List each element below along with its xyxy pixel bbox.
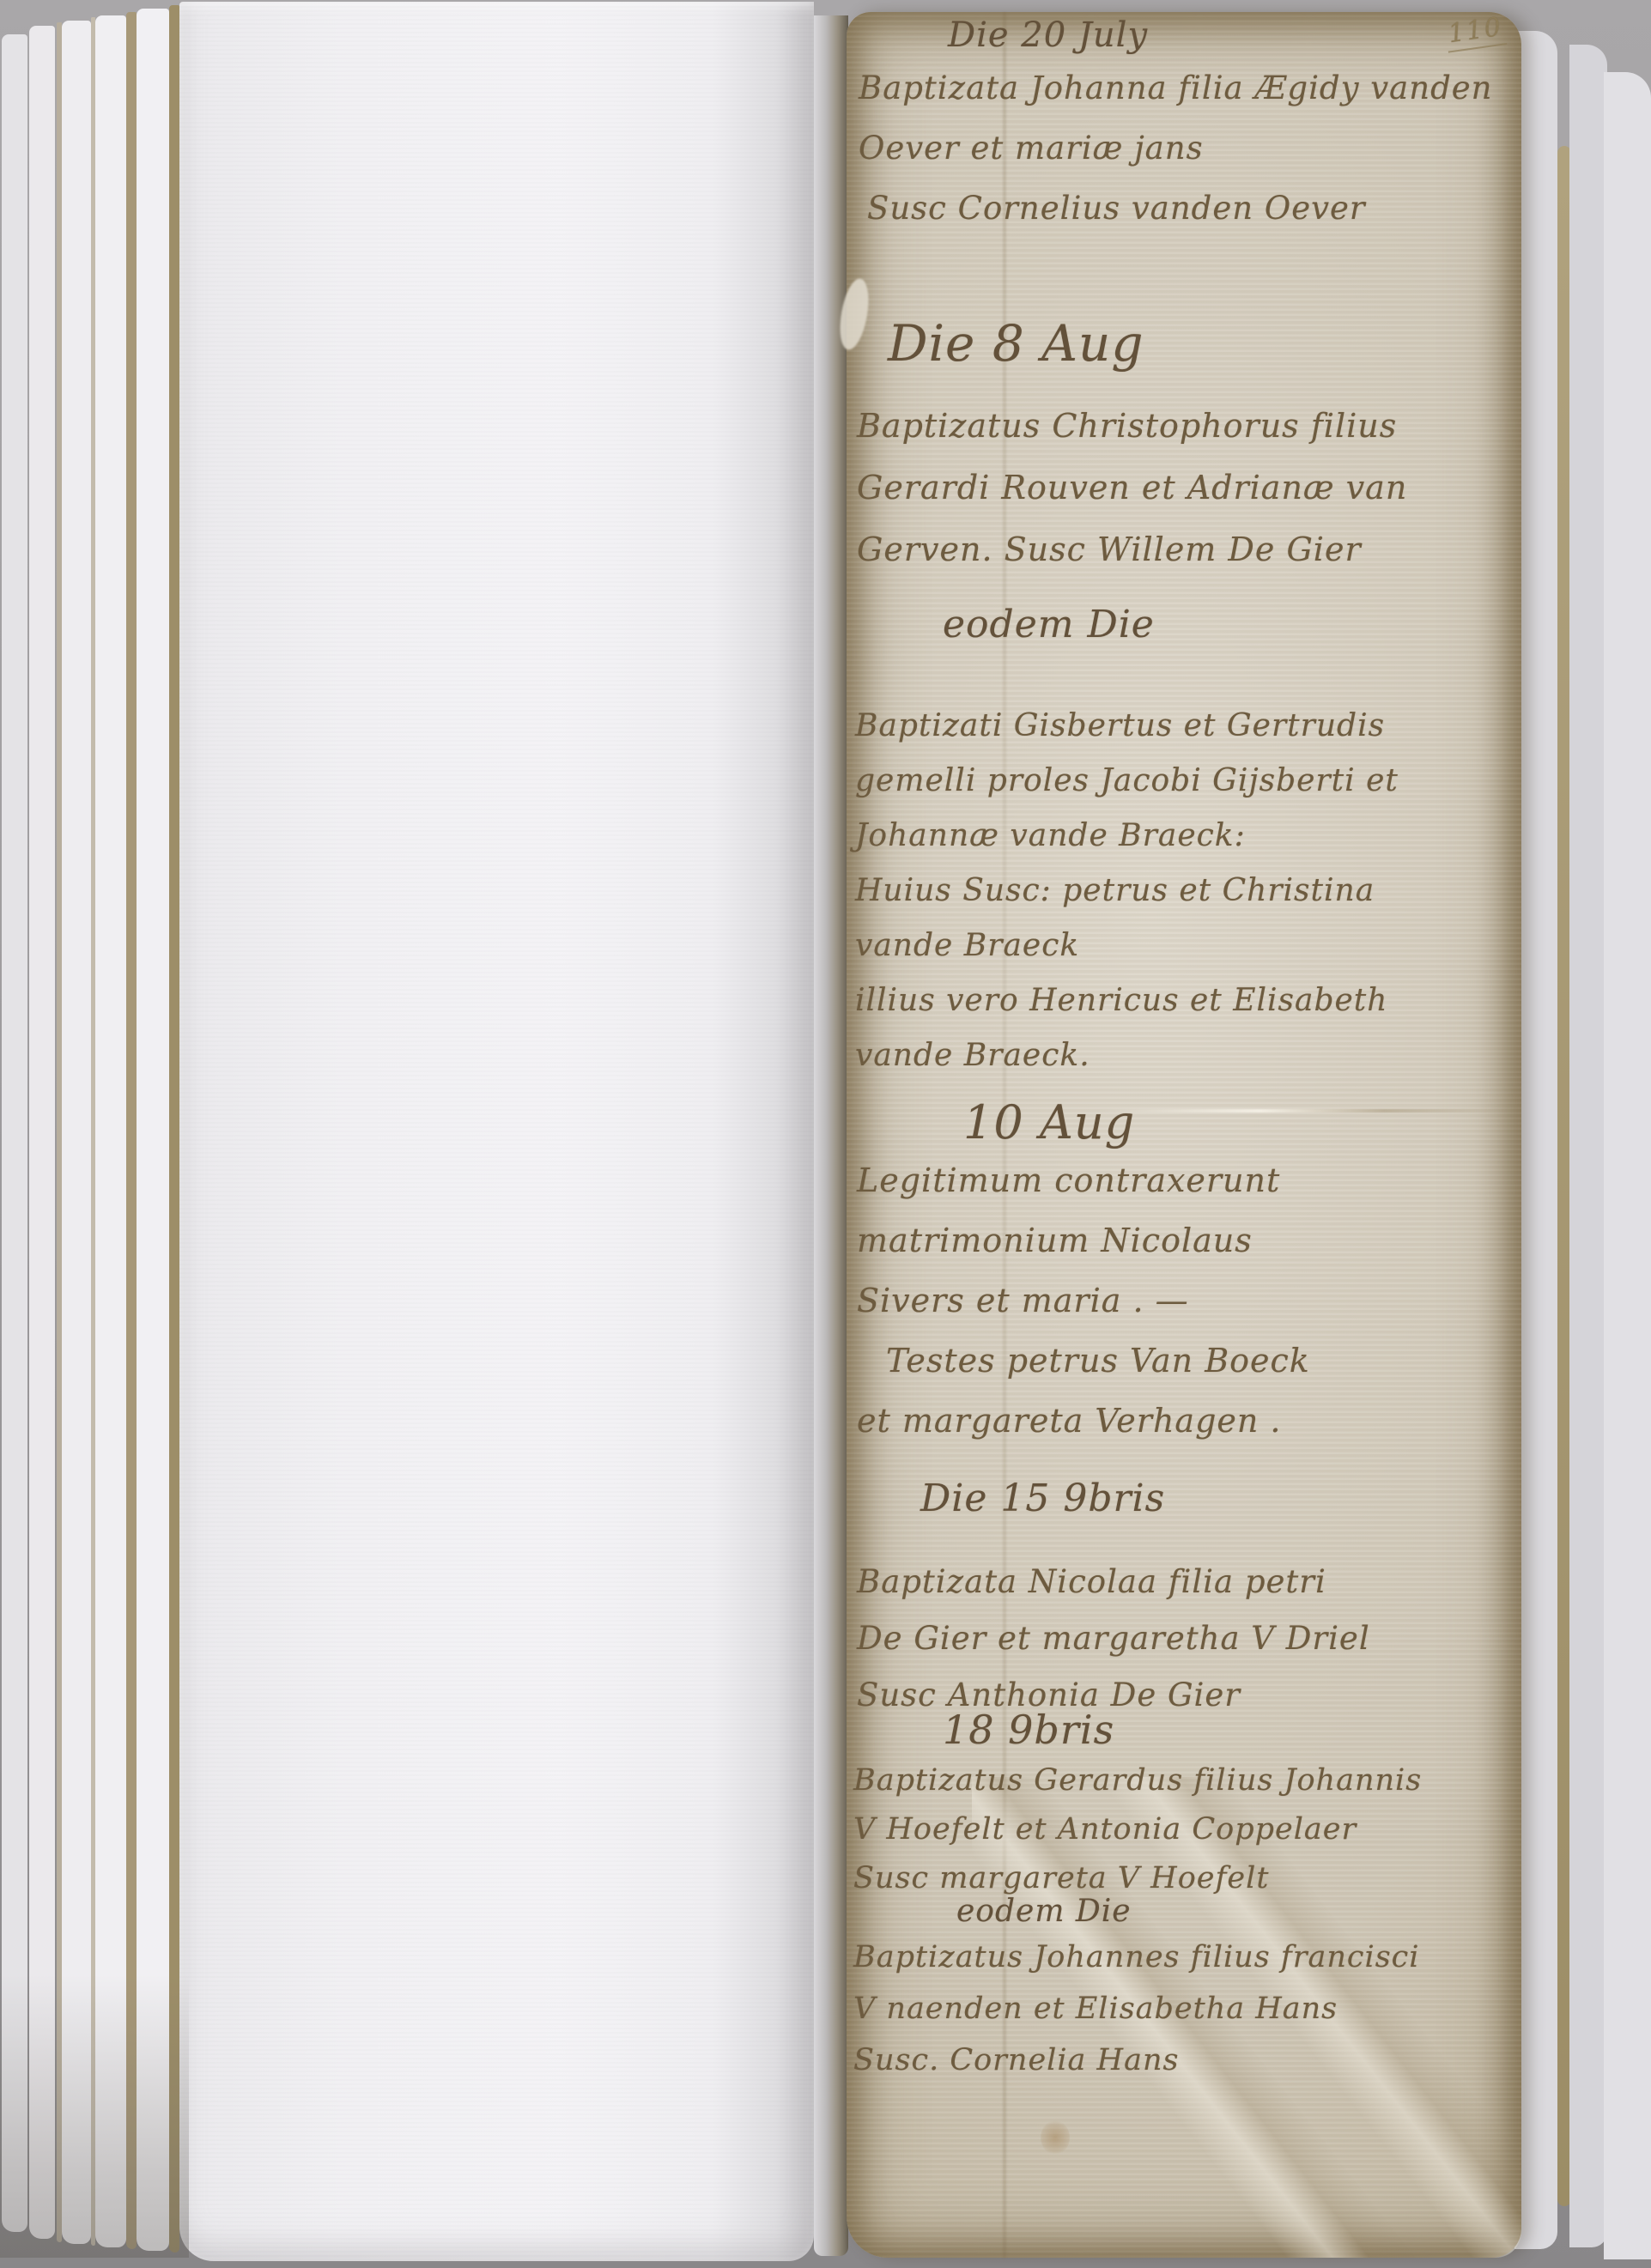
page-edge <box>1604 72 1651 2259</box>
date-heading: eodem Die <box>943 603 1155 646</box>
register-line: vande Braeck. <box>855 1028 1399 1083</box>
date-heading: 18 9bris <box>943 1707 1114 1753</box>
register-line: illius vero Henricus et Elisabeth <box>855 973 1399 1028</box>
page-edge <box>137 9 169 2251</box>
book-gutter <box>814 15 848 2256</box>
page-number: 110 <box>1444 11 1508 52</box>
register-line: Baptizata Johanna filia Ægidy vanden <box>859 58 1492 118</box>
date-heading: Die 8 Aug <box>888 314 1144 373</box>
register-line: Oever et mariæ jans <box>859 118 1492 179</box>
ink-stain <box>1041 2120 1070 2155</box>
register-line: vande Braeck <box>855 919 1399 973</box>
open-register-book-photo: 110 Die 20 July Baptizata Johanna filia … <box>0 0 1651 2268</box>
register-line: gemelli proles Jacobi Gijsberti et <box>855 754 1399 809</box>
register-line: Susc. Cornelia Hans <box>853 2035 1419 2086</box>
register-line: Susc margareta V Hoefelt <box>853 1854 1422 1903</box>
page-edge <box>29 26 55 2239</box>
page-edge <box>95 15 126 2247</box>
date-heading: 10 Aug <box>963 1095 1135 1149</box>
register-line: Gerven. Susc Willem De Gier <box>857 518 1407 580</box>
register-line: Sivers et maria . — <box>857 1270 1310 1331</box>
register-line: Huius Susc: petrus et Christina <box>855 864 1399 919</box>
page-edge-olive <box>169 5 179 2253</box>
register-line: matrimonium Nicolaus <box>857 1210 1310 1270</box>
blank-left-page <box>179 2 814 2261</box>
register-line: De Gier et margaretha V Driel <box>857 1610 1370 1667</box>
register-line: V Hoefelt et Antonia Coppelaer <box>853 1805 1422 1854</box>
page-edge <box>2 34 27 2232</box>
register-line: Baptizati Gisbertus et Gertrudis <box>855 699 1399 754</box>
page-edge-tan <box>126 12 137 2249</box>
date-heading: Die 15 9bris <box>920 1477 1165 1520</box>
register-line: Susc Cornelius vanden Oever <box>867 179 1492 239</box>
register-line: Johannæ vande Braeck: <box>855 809 1399 864</box>
page-edge <box>1569 45 1607 2247</box>
register-line: Baptizatus Johannes filius francisci <box>853 1931 1419 1983</box>
register-line: Baptizatus Christophorus filius <box>857 395 1407 457</box>
register-line: Baptizatus Gerardus filius Johannis <box>853 1756 1422 1805</box>
register-line: V naenden et Elisabetha Hans <box>853 1983 1419 2035</box>
page-edge <box>62 21 91 2244</box>
date-heading: eodem Die <box>956 1894 1132 1929</box>
register-line: Testes petrus Van Boeck <box>886 1331 1310 1391</box>
horizontal-crease <box>1096 1109 1508 1113</box>
register-line: Legitimum contraxerunt <box>857 1150 1310 1210</box>
register-line: Baptizata Nicolaa filia petri <box>857 1554 1370 1610</box>
register-line: et margareta Verhagen . <box>857 1391 1310 1451</box>
manuscript-page: 110 Die 20 July Baptizata Johanna filia … <box>847 12 1521 2258</box>
register-line: Gerardi Rouven et Adrianæ van <box>857 457 1407 518</box>
date-heading: Die 20 July <box>948 15 1148 55</box>
